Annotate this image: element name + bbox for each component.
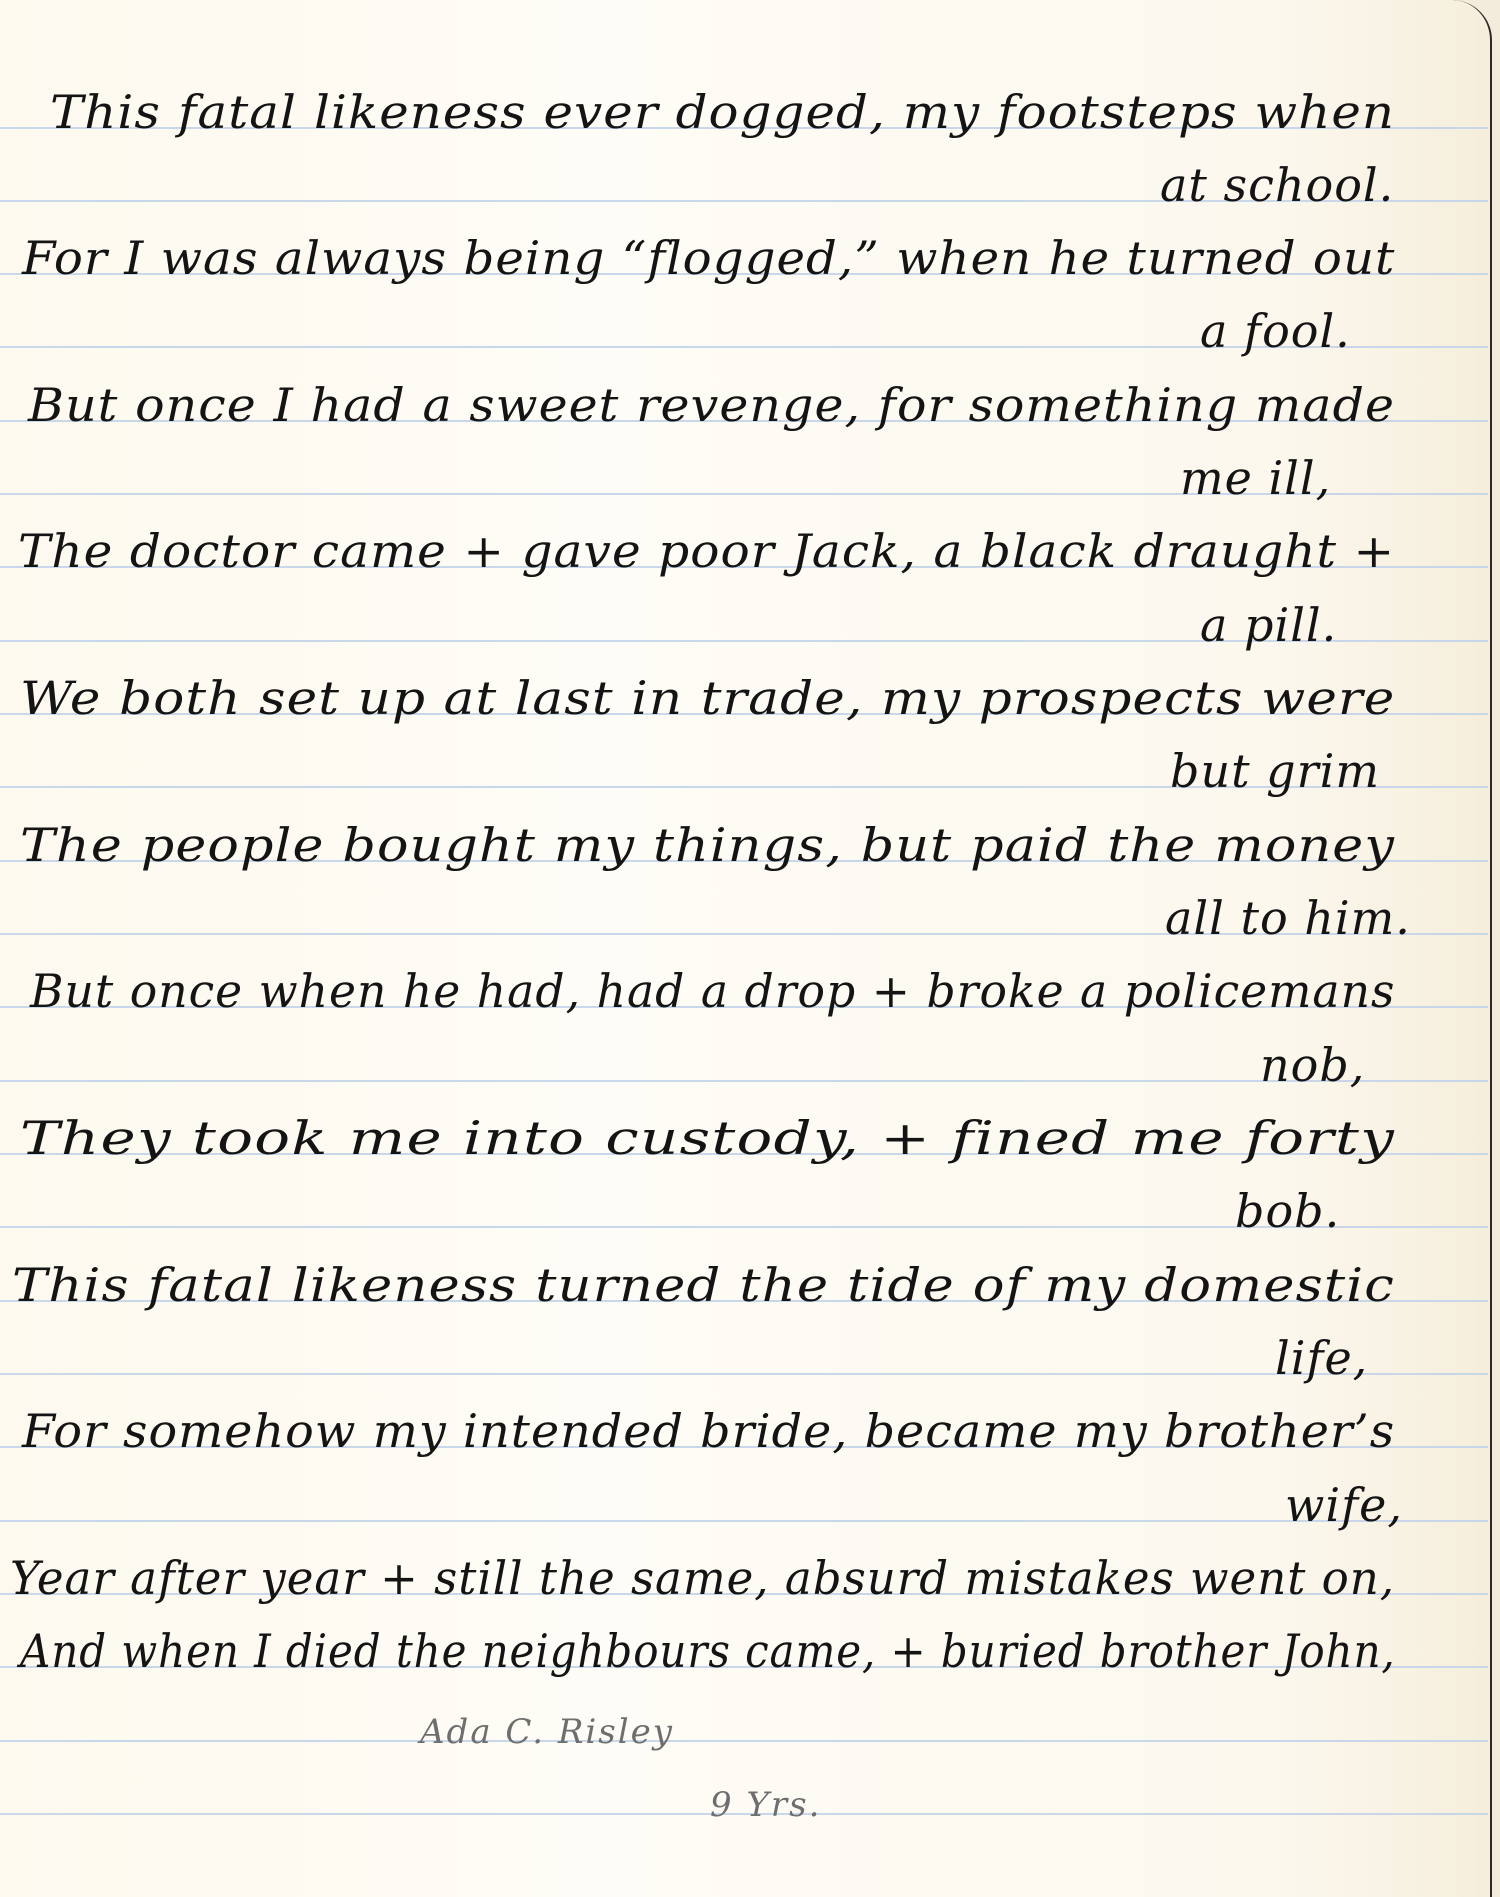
poem-line-continuation: me ill,	[1180, 455, 1331, 501]
poem-line-continuation: a fool.	[1200, 308, 1351, 354]
poem-line: And when I died the neighbours came, + b…	[20, 1628, 1396, 1674]
poem-line-continuation: bob.	[1235, 1188, 1340, 1234]
poem-line-continuation: all to him.	[1165, 895, 1411, 941]
poem-line-continuation: at school.	[1160, 162, 1394, 208]
poem-line: We both set up at last in trade, my pros…	[20, 675, 1395, 721]
poem-line: For I was always being “flogged,” when h…	[22, 235, 1395, 281]
rule-line	[0, 1373, 1488, 1375]
poem-line-continuation: wife,	[1285, 1482, 1403, 1528]
poem-line: The people bought my things, but paid th…	[20, 822, 1395, 868]
poem-line: But once when he had, had a drop + broke…	[30, 968, 1395, 1014]
poem-line-continuation: life,	[1275, 1335, 1368, 1381]
poem-line-continuation: but grim	[1170, 748, 1380, 794]
poem-line: Year after year + still the same, absurd…	[10, 1555, 1395, 1601]
poem-line-continuation: nob,	[1260, 1042, 1365, 1088]
rule-line	[0, 1520, 1488, 1522]
poem-line: This fatal likeness ever dogged, my foot…	[50, 89, 1395, 135]
rule-line	[0, 1740, 1488, 1742]
poem-line: But once I had a sweet revenge, for some…	[28, 382, 1395, 428]
notebook-page: This fatal likeness ever dogged, my foot…	[0, 0, 1492, 1897]
poem-line: The doctor came + gave poor Jack, a blac…	[18, 528, 1395, 574]
poem-line: They took me into custody, + fined me fo…	[20, 1115, 1395, 1161]
poem-line: This fatal likeness turned the tide of m…	[12, 1262, 1395, 1308]
signature-name: Ada C. Risley	[420, 1715, 674, 1749]
poem-line-continuation: a pill.	[1200, 602, 1337, 648]
signature-age: 9 Yrs.	[710, 1788, 821, 1822]
poem-line: For somehow my intended bride, became my…	[22, 1408, 1395, 1454]
